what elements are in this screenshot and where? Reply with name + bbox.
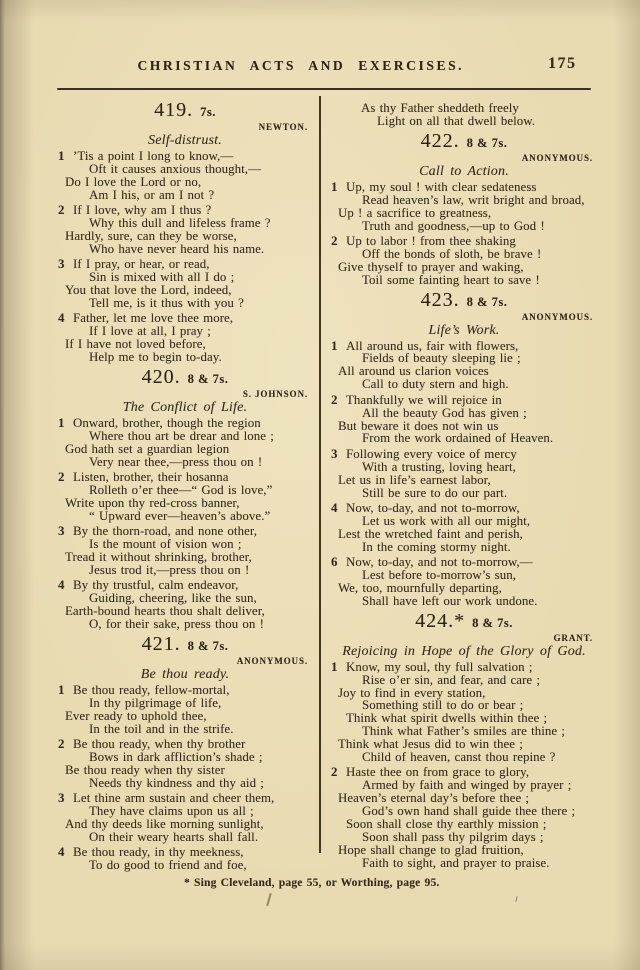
- verse-line: With a trusting, loving heart,: [331, 461, 597, 474]
- hymn-header: 420.8 & 7s.S. JOHNSON.The Conflict of Li…: [58, 367, 312, 415]
- verse-line: Shall have left our work undone.: [331, 595, 597, 608]
- verse: 1Be thou ready, fellow-mortal,In thy pil…: [58, 684, 312, 736]
- verse-line: Off the bonds of sloth, be brave !: [331, 248, 597, 261]
- verse-line: From the work ordained of Heaven.: [331, 432, 597, 445]
- verse: 1Know, my soul, thy full salvation ;Rise…: [331, 661, 597, 764]
- verse-line: “ Upward ever—heaven’s above.”: [58, 510, 312, 523]
- verse-number: 1: [331, 661, 338, 674]
- verse: 2Be thou ready, when thy brotherBows in …: [58, 738, 312, 790]
- verse-line: Oft it causes anxious thought,—: [58, 163, 312, 176]
- left-column: 419.7s.NEWTON.Self-distrust.1’Tis a poin…: [58, 97, 312, 875]
- verse: 2Up to labor ! from thee shakingOff the …: [331, 235, 597, 287]
- verse-number: 1: [331, 181, 338, 194]
- hymn-meter: 8 & 7s.: [188, 639, 229, 653]
- verse-line: Help me to begin to-day.: [58, 351, 312, 364]
- verse-number: 1: [331, 340, 338, 353]
- verse-line: 3Following every voice of mercy: [331, 448, 597, 461]
- verse-line: Bows in dark affliction’s shade ;: [58, 751, 312, 764]
- verse-line: Very near thee,—press thou on !: [58, 456, 312, 469]
- hymn-number-line: 419.7s.: [58, 100, 312, 122]
- verse-line: Am I his, or am I not ?: [58, 189, 312, 202]
- hymn-meter: 8 & 7s.: [467, 295, 508, 309]
- verse-line: Lest the wretched faint and perish,: [331, 528, 597, 541]
- verse-number: 4: [58, 579, 65, 592]
- hymn-number-line: 421.8 & 7s.: [58, 634, 312, 656]
- hymn-title: Rejoicing in Hope of the Glory of God.: [331, 645, 597, 659]
- hymn-title: Life’s Work.: [331, 324, 597, 338]
- hymn-author: ANONYMOUS.: [58, 657, 312, 665]
- verse-line: Let us work with all our might,: [331, 515, 597, 528]
- verse-number: 4: [58, 312, 65, 325]
- verse-line: 1Up, my soul ! with clear sedateness: [331, 181, 597, 194]
- hymn-header: 423.8 & 7s.ANONYMOUS.Life’s Work.: [331, 290, 597, 338]
- hymn-meter: 7s.: [200, 105, 216, 119]
- verse-line: Up ! a sacrifice to greatness,: [331, 207, 597, 220]
- verse-line: 1Know, my soul, thy full salvation ;: [331, 661, 597, 674]
- verse-line: Tell me, is it thus with you ?: [58, 297, 312, 310]
- verse: 3If I pray, or hear, or read,Sin is mixe…: [58, 258, 312, 310]
- verse-number: 3: [58, 258, 65, 271]
- verse-number: 3: [58, 525, 65, 538]
- verse: 4Be thou ready, in thy meekness,To do go…: [58, 846, 312, 872]
- verse-number: 4: [58, 846, 65, 859]
- verse-line: Be thou ready when thy sister: [58, 764, 312, 777]
- verse-number: 1: [58, 684, 65, 697]
- book-page: CHRISTIAN ACTS AND EXERCISES. 175 419.7s…: [0, 0, 640, 970]
- verse: 3Following every voice of mercyWith a tr…: [331, 448, 597, 500]
- verse: 2Listen, brother, their hosannaRolleth o…: [58, 471, 312, 523]
- verse-line: In the coming stormy night.: [331, 541, 597, 554]
- header-rule: [57, 88, 591, 90]
- verse-line: To do good to friend and foe,: [58, 859, 312, 872]
- hymn-424: 424.*8 & 7s.GRANT.Rejoicing in Hope of t…: [331, 611, 597, 870]
- verse-line: Write upon thy red-cross banner,: [58, 497, 312, 510]
- verse-line: Call to duty stern and high.: [331, 378, 597, 391]
- hymn-title: Call to Action.: [331, 165, 597, 179]
- verse-line: All the beauty God has given ;: [331, 407, 597, 420]
- verse: 4Now, to-day, and not to-morrow,Let us w…: [331, 502, 597, 554]
- right-column: As thy Father sheddeth freelyLight on al…: [331, 97, 597, 872]
- verse-line: Light on all that dwell below.: [331, 115, 597, 128]
- verse: 1’Tis a point I long to know,—Oft it cau…: [58, 150, 312, 202]
- verse-number: 2: [58, 471, 65, 484]
- verse: 4By thy trustful, calm endeavor,Guiding,…: [58, 579, 312, 631]
- hymn-420: 420.8 & 7s.S. JOHNSON.The Conflict of Li…: [58, 367, 312, 631]
- verse-line: O, for their sake, press thou on !: [58, 618, 312, 631]
- hymn-number: 422.: [421, 130, 460, 152]
- hymn-421: 421.8 & 7s.ANONYMOUS.Be thou ready.1Be t…: [58, 634, 312, 872]
- verse-line: On their weary hearts shall fall.: [58, 831, 312, 844]
- column-divider-rule: [319, 96, 321, 853]
- verse: 3Let thine arm sustain and cheer them,Th…: [58, 792, 312, 844]
- verse-line: Where thou art be drear and lone ;: [58, 430, 312, 443]
- verse-number: 1: [58, 417, 65, 430]
- verse-line: We, too, mournfully departing,: [331, 582, 597, 595]
- hymn-number: 424.*: [415, 610, 465, 632]
- hymn-number: 423.: [421, 289, 460, 311]
- verse: 2Haste thee on from grace to glory,Armed…: [331, 766, 597, 869]
- hymn-author: S. JOHNSON.: [58, 390, 312, 398]
- hymn-number-line: 424.*8 & 7s.: [331, 611, 597, 633]
- verse-number: 1: [58, 150, 65, 163]
- verse: 2If I love, why am I thus ?Why this dull…: [58, 204, 312, 256]
- running-header: CHRISTIAN ACTS AND EXERCISES.: [0, 58, 602, 74]
- verse-line: Why this dull and lifeless frame ?: [58, 217, 312, 230]
- verse-number: 2: [58, 204, 65, 217]
- verse-line: Give thyself to prayer and waking,: [331, 261, 597, 274]
- verse-line: Ever ready to uphold thee,: [58, 710, 312, 723]
- verse: 1Up, my soul ! with clear sedatenessRead…: [331, 181, 597, 233]
- footnote: * Sing Cleveland, page 55, or Worthing, …: [184, 877, 440, 889]
- verse-line: Let us in life’s earnest labor,: [331, 474, 597, 487]
- verse-line: In the toil and in the strife.: [58, 723, 312, 736]
- verse-continuation: As thy Father sheddeth freelyLight on al…: [331, 102, 597, 128]
- verse-number: 2: [331, 394, 338, 407]
- hymn-header: 419.7s.NEWTON.Self-distrust.: [58, 100, 312, 148]
- verse-line: 1Onward, brother, though the region: [58, 417, 312, 430]
- hymn-422: 422.8 & 7s.ANONYMOUS.Call to Action.1Up,…: [331, 131, 597, 287]
- paper-mark: [266, 893, 271, 906]
- verse-line: Jesus trod it,—press thou on !: [58, 564, 312, 577]
- verse-line: 4Now, to-day, and not to-morrow,: [331, 502, 597, 515]
- hymn-423: 423.8 & 7s.ANONYMOUS.Life’s Work.1All ar…: [331, 290, 597, 608]
- hymn-419: 419.7s.NEWTON.Self-distrust.1’Tis a poin…: [58, 100, 312, 364]
- verse: 1All around us, fair with flowers,Fields…: [331, 340, 597, 392]
- hymn-author: NEWTON.: [58, 123, 312, 131]
- verse: 2Thankfully we will rejoice inAll the be…: [331, 394, 597, 446]
- verse-number: 2: [331, 766, 338, 779]
- verse-line: Needs thy kindness and thy aid ;: [58, 777, 312, 790]
- verse: 6Now, to-day, and not to-morrow,—Lest be…: [331, 556, 597, 608]
- verse-line: 1Be thou ready, fellow-mortal,: [58, 684, 312, 697]
- hymn-title: The Conflict of Life.: [58, 401, 312, 415]
- verse-number: 4: [331, 502, 338, 515]
- verse-line: 1’Tis a point I long to know,—: [58, 150, 312, 163]
- hymn-author: ANONYMOUS.: [331, 154, 597, 162]
- verse-line: Rolleth o’er thee—“ God is love,”: [58, 484, 312, 497]
- verse-line: As thy Father sheddeth freely: [331, 102, 597, 115]
- verse-line: 2Up to labor ! from thee shaking: [331, 235, 597, 248]
- verse-line: God hath set a guardian legion: [58, 443, 312, 456]
- verse-line: Lest before to-morrow’s sun,: [331, 569, 597, 582]
- verse-line: In thy pilgrimage of life,: [58, 697, 312, 710]
- verse-line: Truth and goodness,—up to God !: [331, 220, 597, 233]
- hymn-number-line: 422.8 & 7s.: [331, 131, 597, 153]
- hymn-author: ANONYMOUS.: [331, 313, 597, 321]
- verse-line: Child of heaven, canst thou repine ?: [331, 751, 597, 764]
- verse: 1Onward, brother, though the regionWhere…: [58, 417, 312, 469]
- verse-line: Faith to sight, and prayer to praise.: [331, 857, 597, 870]
- hymn-number: 419.: [154, 99, 193, 121]
- page-number: 175: [548, 55, 577, 73]
- verse-number: 3: [331, 448, 338, 461]
- verse-line: Read heaven’s law, writ bright and broad…: [331, 194, 597, 207]
- verse: 3By the thorn-road, and none other,Is th…: [58, 525, 312, 577]
- hymn-meter: 8 & 7s.: [467, 136, 508, 150]
- verse-line: Soon shall pass thy pilgrim days ;: [331, 831, 597, 844]
- hymn-meter: 8 & 7s.: [472, 616, 513, 630]
- hymn-title: Be thou ready.: [58, 668, 312, 682]
- verse-line: Hope shall change to glad fruition,: [331, 844, 597, 857]
- verse-line: 2Thankfully we will rejoice in: [331, 394, 597, 407]
- verse-number: 2: [58, 738, 65, 751]
- hymn-header: 424.*8 & 7s.GRANT.Rejoicing in Hope of t…: [331, 611, 597, 659]
- hymn-title: Self-distrust.: [58, 134, 312, 148]
- verse-line: Do I love the Lord or no,: [58, 176, 312, 189]
- verse-number: 6: [331, 556, 338, 569]
- hymn-meter: 8 & 7s.: [188, 372, 229, 386]
- hymn-number-line: 423.8 & 7s.: [331, 290, 597, 312]
- paper-mark: [515, 896, 517, 902]
- verse-line: Rise o’er sin, and fear, and care ;: [331, 674, 597, 687]
- hymn-author: GRANT.: [331, 634, 597, 642]
- hymn-header: 421.8 & 7s.ANONYMOUS.Be thou ready.: [58, 634, 312, 682]
- hymn-header: 422.8 & 7s.ANONYMOUS.Call to Action.: [331, 131, 597, 179]
- verse-number: 2: [331, 235, 338, 248]
- verse-line: Toil some fainting heart to save !: [331, 274, 597, 287]
- verse: 4Father, let me love thee more,If I love…: [58, 312, 312, 364]
- verse-line: Still be sure to do our part.: [331, 487, 597, 500]
- hymn-number: 421.: [142, 633, 181, 655]
- verse-number: 3: [58, 792, 65, 805]
- verse-line: Hardly, sure, can they be worse,: [58, 230, 312, 243]
- verse-line: Who have never heard his name.: [58, 243, 312, 256]
- hymn-number-line: 420.8 & 7s.: [58, 367, 312, 389]
- hymn-number: 420.: [142, 366, 181, 388]
